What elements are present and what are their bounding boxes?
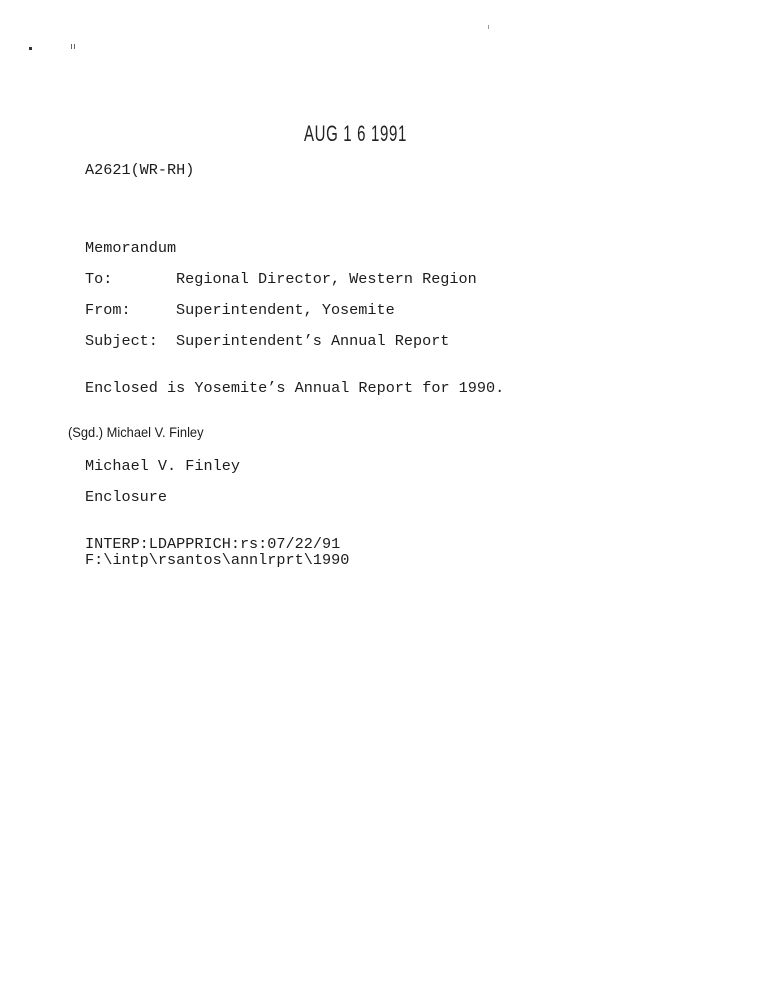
- scan-speck: [74, 44, 75, 49]
- memo-page: AUG 1 6 1991 A2621(WR-RH) Memorandum To:…: [0, 0, 760, 1000]
- scan-speck: [71, 44, 72, 49]
- to-label: To:: [85, 270, 112, 288]
- to-field: To: Regional Director, Western Region: [85, 270, 121, 288]
- to-value: Regional Director, Western Region: [176, 270, 477, 288]
- subject-field: Subject: Superintendent’s Annual Report: [85, 332, 121, 350]
- signature-stamp: (Sgd.) Michael V. Finley: [68, 423, 204, 441]
- from-label: From:: [85, 301, 131, 319]
- memo-heading: Memorandum: [85, 239, 176, 257]
- reference-line-filepath: F:\intp\rsantos\annlrprt\1990: [85, 551, 349, 569]
- subject-label: Subject:: [85, 332, 158, 350]
- from-field: From: Superintendent, Yosemite: [85, 301, 121, 319]
- from-value: Superintendent, Yosemite: [176, 301, 395, 319]
- file-code: A2621(WR-RH): [85, 161, 194, 179]
- subject-value: Superintendent’s Annual Report: [176, 332, 449, 350]
- signer-name: Michael V. Finley: [85, 457, 240, 475]
- enclosure-note: Enclosure: [85, 488, 167, 506]
- memo-body: Enclosed is Yosemite’s Annual Report for…: [85, 379, 504, 397]
- date-received-stamp: AUG 1 6 1991: [304, 121, 407, 147]
- scan-speck: [29, 47, 32, 50]
- scan-speck: [488, 25, 489, 29]
